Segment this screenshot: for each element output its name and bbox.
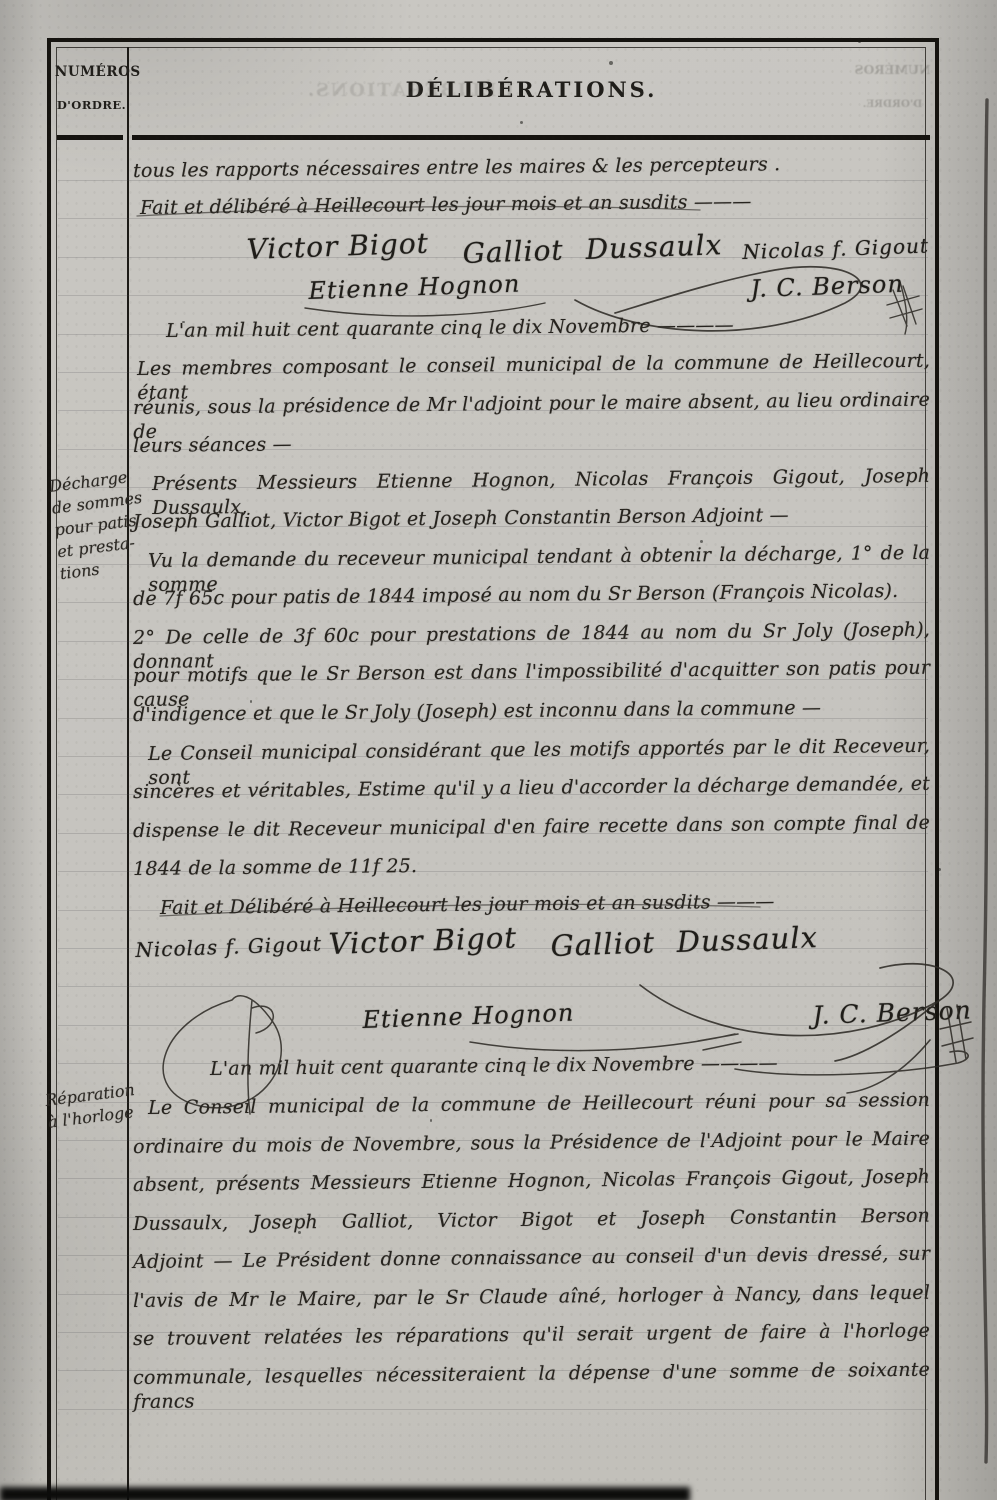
ink-speck xyxy=(298,1231,301,1234)
header-divider-left xyxy=(57,135,123,140)
signature: Galliot xyxy=(462,232,564,271)
book-gutter-shadow xyxy=(0,1487,690,1500)
signature: Victor Bigot xyxy=(328,919,518,962)
ink-speck xyxy=(430,1119,432,1122)
handwritten-line: communale, lesquelles nécessiteraient la… xyxy=(133,1359,930,1415)
margin-note: Décharge de sommes pour patis et presta-… xyxy=(48,465,151,585)
register-page-scan: NUMÉROS D'ORDRE. DÉLIBÉRATIONS. DÉLIBÉRA… xyxy=(0,0,997,1500)
ink-speck xyxy=(182,321,185,323)
page-title: DÉLIBÉRATIONS. xyxy=(133,77,930,102)
ink-speck xyxy=(858,40,861,43)
signature: Dussaulx xyxy=(585,227,723,267)
ink-speck xyxy=(250,700,252,703)
numbers-column-separator xyxy=(127,47,129,1500)
handwritten-line: leurs séances — xyxy=(133,433,292,458)
ink-speck xyxy=(938,868,941,871)
ink-speck xyxy=(700,540,703,543)
ink-speck xyxy=(609,61,613,65)
ruled-line xyxy=(58,986,928,987)
signature: J. C. Berson xyxy=(750,269,904,304)
numbers-column-label-line1: NUMÉROS xyxy=(55,64,128,80)
signature: Galliot xyxy=(550,924,656,964)
header-divider-main xyxy=(132,135,930,140)
signature: J. C. Berson xyxy=(812,994,972,1031)
numbers-column-label-line2: D'ORDRE. xyxy=(55,98,128,112)
ink-speck xyxy=(520,121,523,124)
signature: Victor Bigot xyxy=(246,226,429,267)
signature: Dussaulx xyxy=(676,919,818,960)
handwritten-line: 1844 de la somme de 11f 25. xyxy=(133,855,417,882)
